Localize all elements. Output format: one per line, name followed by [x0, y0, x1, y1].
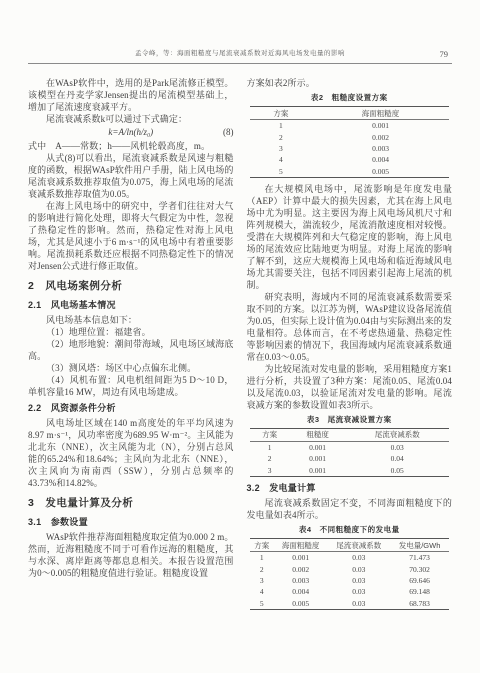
table-4-col-scheme: 方案: [250, 539, 274, 552]
cell: 70.302: [390, 563, 449, 574]
section-2-heading: 2 风电场案例分析: [28, 280, 234, 293]
page-header: 孟令峰，等：海面粗糙度与尾流衰减系数对近海风电场发电量的影响 79: [28, 48, 452, 64]
cell: 0.03: [327, 586, 390, 597]
list-item-terrain: （2）地形地貌：潮间带海域，风电场区域海底高。: [28, 338, 234, 362]
table-2-col-roughness: 海面粗糙度: [312, 107, 449, 120]
cell: 0.04: [346, 453, 449, 464]
cell: 69.646: [390, 575, 449, 586]
table-row: 50.0050.0368.783: [250, 598, 449, 610]
cell: 68.783: [390, 598, 449, 610]
table-row: 10.0010.0371.473: [250, 552, 449, 564]
cell: 3: [250, 575, 274, 586]
paragraph-aep-intro: 尾流衰减系数固定不变，不同海面粗糙度下的发电量如表4所示。: [247, 497, 453, 521]
cell: 0.03: [327, 552, 390, 564]
cell: 0.003: [274, 575, 327, 586]
cell: 0.005: [312, 166, 449, 178]
table-row: 20.002: [250, 131, 449, 142]
table-4-col-aep: 发电量/GWh: [390, 539, 449, 552]
cell: 5: [250, 166, 313, 178]
cell: 0.005: [274, 598, 327, 610]
table-row: 20.0020.0370.302: [250, 563, 449, 574]
cell: 1: [250, 552, 274, 564]
paragraph-decay-coefficient-research: 研究表明，海域内不同的尾流衰减系数需要采取不同的方案。以江苏为例，WAsP建议设…: [247, 291, 453, 363]
paragraph-stability-discussion: 在海上风电场中的研究中，学者们往往对大气的影响进行简化处理，即将大气假定为中性，…: [28, 200, 234, 272]
cell: 0.004: [274, 586, 327, 597]
list-item-turbine-layout: （4）风机布置：风电机组间距为5 D～10 D，单机容量16 MW，周边有风电场…: [28, 374, 234, 398]
table-3-wake-decay-schemes: 表3 尾流衰减设置方案 方案 粗糙度 尾流衰减系数 10.0010.03 20.…: [247, 415, 453, 477]
table-row: 10.001: [250, 120, 449, 132]
cell: 2: [250, 563, 274, 574]
cell: 0.001: [290, 465, 346, 477]
paper-page: 孟令峰，等：海面粗糙度与尾流衰减系数对近海风电场发电量的影响 79 在WAsP软…: [0, 0, 480, 673]
paragraph-formula-intro: 尾流衰减系数k可以通过下式确定：: [28, 113, 234, 125]
table-4-col-roughness: 海面粗糙度: [274, 539, 327, 552]
cell: 0.001: [290, 453, 346, 464]
table-row: 30.0010.05: [250, 465, 449, 477]
paragraph-wake-losses: 在大规模风电场中，尾流影响是年度发电量（AEP）计算中最大的损失因素，尤其在海上…: [247, 183, 453, 291]
paragraph-roughness-setup: WAsP软件推荐海面粗糙度取定值为0.000 2 m。然而，近海粗糙度不同于可看…: [28, 531, 234, 579]
table-4: 方案 海面粗糙度 尾流衰减系数 发电量/GWh 10.0010.0371.473…: [250, 538, 449, 610]
cell: 5: [250, 598, 274, 610]
cell: 3: [250, 143, 313, 154]
table-2-header-row: 方案 海面粗糙度: [250, 107, 449, 120]
table-4-header-row: 方案 海面粗糙度 尾流衰减系数 发电量/GWh: [250, 539, 449, 552]
table-row: 10.0010.03: [250, 441, 449, 453]
cell: 0.03: [327, 598, 390, 610]
paragraph-continuation: 方案如表2所示。: [247, 77, 453, 89]
cell: 0.001: [274, 552, 327, 564]
table-row: 50.005: [250, 166, 449, 178]
table-3-title: 表3 尾流衰减设置方案: [247, 415, 453, 425]
section-3-1-heading: 3.1 参数设置: [28, 516, 234, 528]
cell: 0.03: [327, 563, 390, 574]
page-number: 79: [440, 48, 449, 60]
cell: 0.001: [290, 441, 346, 453]
paragraph-wind-resource: 风电场址区域在140 m高度处的年平均风速为8.97 m·s⁻¹，风功率密度为6…: [28, 417, 234, 489]
list-item-location: （1）地理位置：福建省。: [28, 326, 234, 338]
two-column-body: 在WAsP软件中，选用的是Park尾流修正模型。该模型在丹麦学家Jensen提出…: [28, 77, 452, 615]
table-4-col-wake-decay: 尾流衰减系数: [327, 539, 390, 552]
cell: 0.001: [312, 120, 449, 132]
equation-body: k=A/ln(h/z₀): [108, 127, 153, 137]
right-column: 方案如表2所示。 表2 粗糙度设置方案 方案 海面粗糙度 10.001 20.0…: [247, 77, 453, 615]
cell: 4: [250, 586, 274, 597]
table-row: 40.0040.0369.148: [250, 586, 449, 597]
paragraph-symbol-definitions: 式中 A——常数；h——风机轮毂高度，m。: [28, 140, 234, 152]
table-3: 方案 粗糙度 尾流衰减系数 10.0010.03 20.0010.04 30.0…: [250, 428, 449, 477]
cell: 0.05: [346, 465, 449, 477]
cell: 0.004: [312, 154, 449, 165]
equation-number: (8): [223, 126, 234, 139]
table-2-title: 表2 粗糙度设置方案: [247, 93, 453, 103]
table-2: 方案 海面粗糙度 10.001 20.002 30.003 40.004 50.…: [250, 106, 449, 178]
table-4-title: 表4 不同粗糙度下的发电量: [247, 525, 453, 535]
paragraph-wake-scheme-setup: 为比较尾流对发电量的影响，采用粗糙度方案1进行分析，共设置了3种方案：尾流0.0…: [247, 363, 453, 411]
cell: 69.148: [390, 586, 449, 597]
section-3-2-heading: 3.2 发电量计算: [247, 482, 453, 494]
section-3-heading: 3 发电量计算及分析: [28, 497, 234, 510]
table-row: 30.003: [250, 143, 449, 154]
table-row: 40.004: [250, 154, 449, 165]
table-3-col-scheme: 方案: [250, 428, 290, 441]
table-3-col-roughness: 粗糙度: [290, 428, 346, 441]
section-2-1-heading: 2.1 风电场基本情况: [28, 299, 234, 311]
cell: 0.003: [312, 143, 449, 154]
cell: 0.03: [327, 575, 390, 586]
section-2-2-heading: 2.2 风资源条件分析: [28, 402, 234, 414]
left-column: 在WAsP软件中，选用的是Park尾流修正模型。该模型在丹麦学家Jensen提出…: [28, 77, 234, 615]
table-2-col-scheme: 方案: [250, 107, 313, 120]
table-3-header-row: 方案 粗糙度 尾流衰减系数: [250, 428, 449, 441]
cell: 1: [250, 120, 313, 132]
list-item-mast: （3）测风塔：场区中心点偏东北侧。: [28, 362, 234, 374]
cell: 2: [250, 131, 313, 142]
cell: 0.03: [346, 441, 449, 453]
running-title: 孟令峰，等：海面粗糙度与尾流衰减系数对近海风电场发电量的影响: [28, 48, 452, 60]
cell: 4: [250, 154, 313, 165]
cell: 0.002: [312, 131, 449, 142]
cell: 71.473: [390, 552, 449, 564]
table-4-aep-by-roughness: 表4 不同粗糙度下的发电量 方案 海面粗糙度 尾流衰减系数 发电量/GWh 10…: [247, 525, 453, 610]
table-3-col-wake-decay: 尾流衰减系数: [346, 428, 449, 441]
cell: 1: [250, 441, 290, 453]
cell: 3: [250, 465, 290, 477]
table-2-roughness-schemes: 表2 粗糙度设置方案 方案 海面粗糙度 10.001 20.002 30.003…: [247, 93, 453, 178]
equation-8: k=A/ln(h/z₀) (8): [28, 126, 234, 139]
cell: 2: [250, 453, 290, 464]
paragraph-wake-model: 在WAsP软件中，选用的是Park尾流修正模型。该模型在丹麦学家Jensen提出…: [28, 77, 234, 113]
paragraph-farm-info-intro: 风电场基本信息如下：: [28, 314, 234, 326]
table-row: 30.0030.0369.646: [250, 575, 449, 586]
paragraph-recommended-values: 从式(8)可以看出，尾流衰减系数是风速与粗糙度的函数，根据WAsP软件用户手册，…: [28, 152, 234, 200]
cell: 0.002: [274, 563, 327, 574]
table-row: 20.0010.04: [250, 453, 449, 464]
